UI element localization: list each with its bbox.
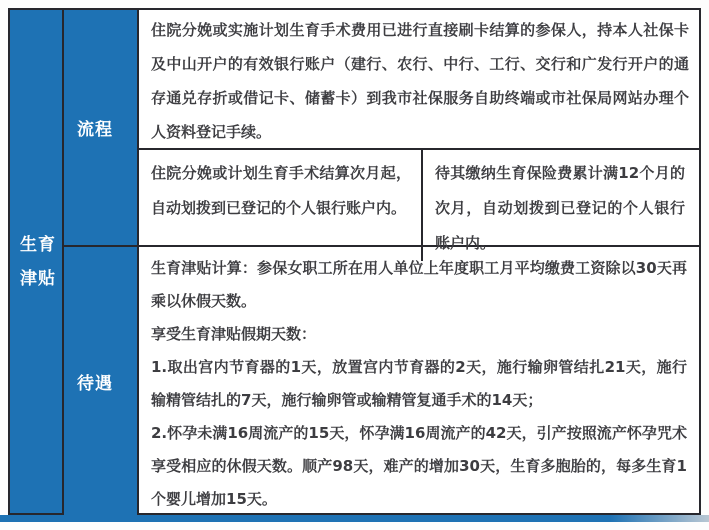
benefit-paragraph: 生育津贴计算：参保女职工所在用人单位上年度职工月平均缴费工资除以30天再乘以休假… <box>151 252 687 318</box>
benefit-paragraph: 享受生育津贴假期天数： <box>151 318 687 351</box>
category-title-line1: 生育 <box>20 228 62 262</box>
benefit-label: 待遇 <box>77 369 113 394</box>
process-left-cell: 住院分娩或计划生育手术结算次月起，自动划拨到已登记的个人银行账户内。 <box>139 150 423 261</box>
process-row: 流程 住院分娩或实施计划生育手术费用已进行直接刷卡结算的参保人，持本人社保卡及中… <box>64 10 699 247</box>
process-right-text: 待其缴纳生育保险费累计满12个月的次月，自动划拨到已登记的个人银行账户内。 <box>435 156 685 261</box>
process-main-text: 住院分娩或实施计划生育手术费用已进行直接刷卡结算的参保人，持本人社保卡及中山开户… <box>151 13 689 149</box>
benefit-table: 生育 津贴 流程 住院分娩或实施计划生育手术费用已进行直接刷卡结算的参保人，持本… <box>8 8 701 515</box>
table-body: 流程 住院分娩或实施计划生育手术费用已进行直接刷卡结算的参保人，持本人社保卡及中… <box>64 10 699 513</box>
process-subrow: 住院分娩或计划生育手术结算次月起，自动划拨到已登记的个人银行账户内。 待其缴纳生… <box>139 150 699 261</box>
process-right-cell: 待其缴纳生育保险费累计满12个月的次月，自动划拨到已登记的个人银行账户内。 <box>423 150 699 261</box>
benefit-paragraph: 2.怀孕未满16周流产的15天，怀孕满16周流产的42天，引产按照流产怀孕咒术享… <box>151 417 687 516</box>
bottom-accent-bar <box>0 515 709 522</box>
benefit-paragraph: 1.取出宫内节育器的1天，放置宫内节育器的2天，施行输卵管结扎21天，施行输精管… <box>151 351 687 417</box>
category-cell: 生育 津贴 <box>10 10 64 513</box>
benefit-row: 待遇 生育津贴计算：参保女职工所在用人单位上年度职工月平均缴费工资除以30天再乘… <box>64 247 699 516</box>
process-label-cell: 流程 <box>64 10 139 245</box>
process-main-cell: 住院分娩或实施计划生育手术费用已进行直接刷卡结算的参保人，持本人社保卡及中山开户… <box>139 10 699 150</box>
benefit-label-cell: 待遇 <box>64 247 139 516</box>
category-title-line2: 津贴 <box>20 262 62 296</box>
process-content: 住院分娩或实施计划生育手术费用已进行直接刷卡结算的参保人，持本人社保卡及中山开户… <box>139 10 699 245</box>
process-left-text: 住院分娩或计划生育手术结算次月起，自动划拨到已登记的个人银行账户内。 <box>151 156 411 226</box>
maternity-benefit-table-page: 生育 津贴 流程 住院分娩或实施计划生育手术费用已进行直接刷卡结算的参保人，持本… <box>0 0 709 530</box>
benefit-cell: 生育津贴计算：参保女职工所在用人单位上年度职工月平均缴费工资除以30天再乘以休假… <box>139 247 699 516</box>
process-label: 流程 <box>77 115 113 140</box>
